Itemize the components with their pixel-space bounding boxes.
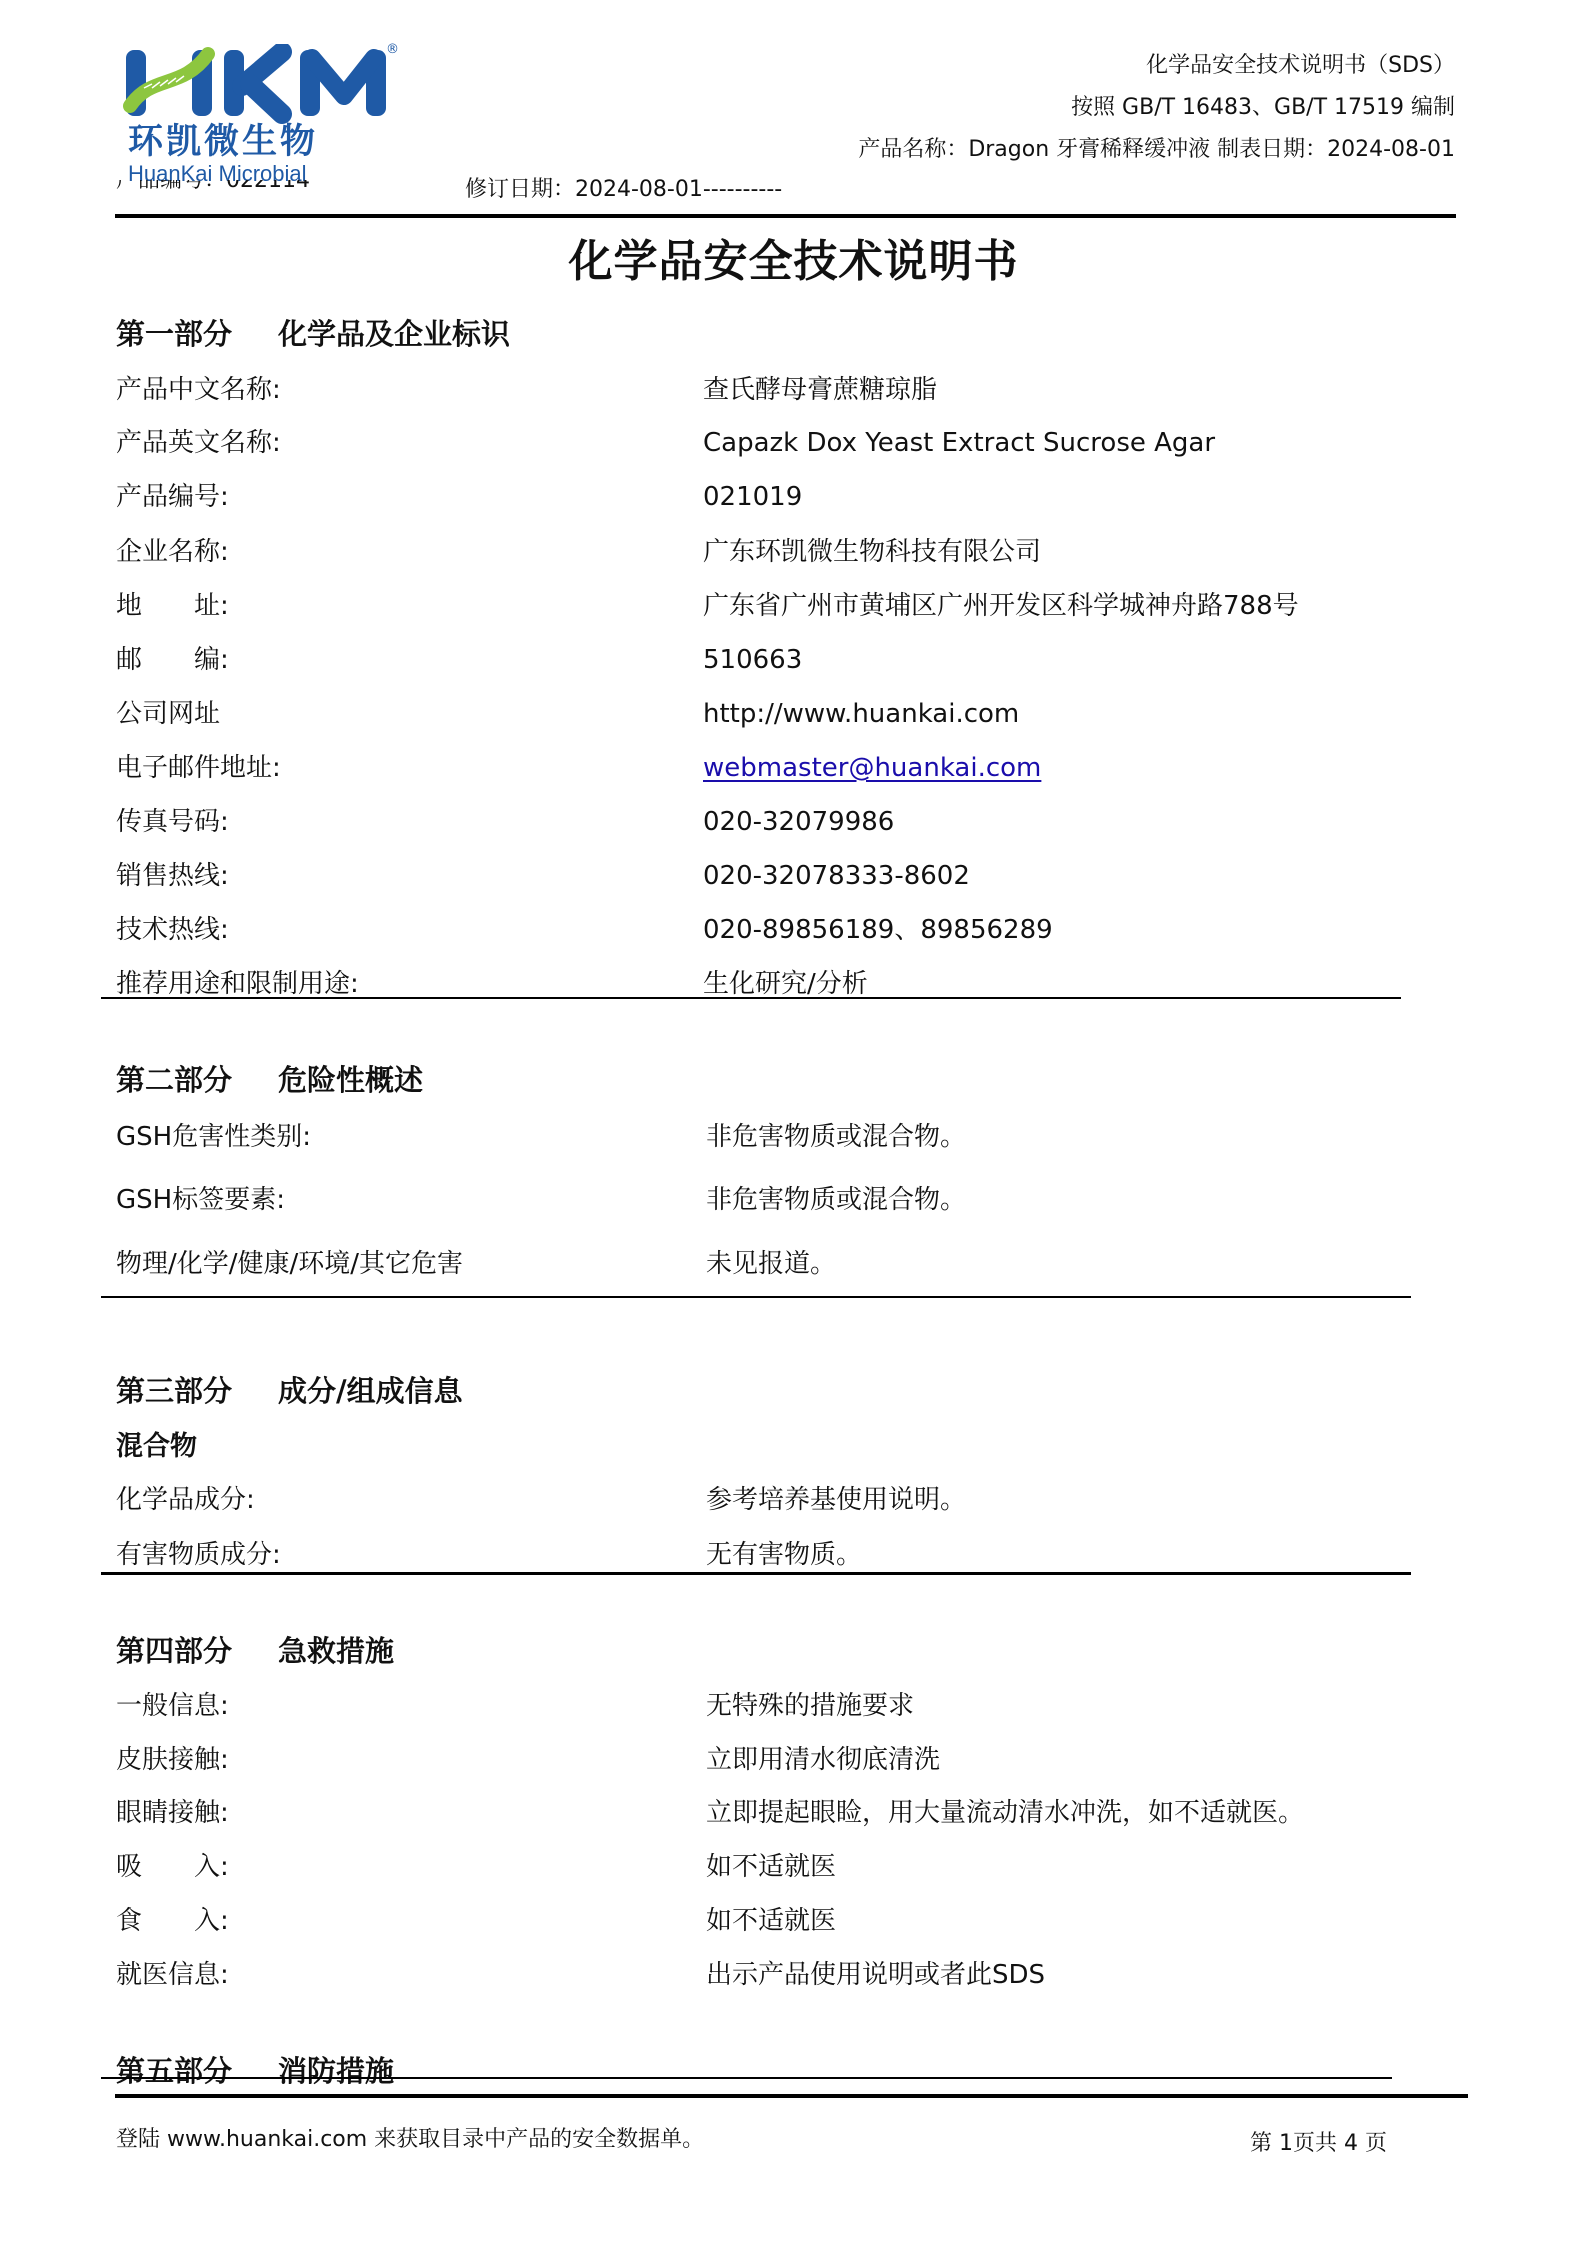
section-3-divider bbox=[101, 1572, 1411, 1575]
footer-note: 登陆 www.huankai.com 来获取目录中产品的安全数据单。 bbox=[116, 2126, 704, 2154]
section-5-heading: 第五部分消防措施 bbox=[116, 2053, 394, 2089]
s1-row-tech-hotline: 技术热线:020-89856189、89856289 bbox=[116, 913, 1416, 947]
s1-row-en-name: 产品英文名称:Capazk Dox Yeast Extract Sucrose … bbox=[116, 426, 1416, 460]
revision-date: 修订日期：2024-08-01---------- bbox=[465, 176, 782, 204]
doc-type: 化学品安全技术说明书（SDS） bbox=[1146, 52, 1455, 80]
s1-row-postcode: 邮 编:510663 bbox=[116, 643, 1416, 677]
s4-row-inhalation: 吸 入:如不适就医 bbox=[116, 1850, 1416, 1884]
s2-row-ghs-label: GSH标签要素:非危害物质或混合物。 bbox=[116, 1183, 1416, 1217]
hkm-logo-icon bbox=[122, 44, 402, 124]
s2-row-ghs-category: GSH危害性类别:非危害物质或混合物。 bbox=[116, 1120, 1416, 1154]
section-4-heading: 第四部分急救措施 bbox=[116, 1633, 394, 1669]
s4-row-medical: 就医信息:出示产品使用说明或者此SDS bbox=[116, 1958, 1416, 1992]
page-title: 化学品安全技术说明书 bbox=[0, 236, 1587, 288]
product-line: 产品名称：Dragon 牙膏稀释缓冲液 制表日期：2024-08-01 bbox=[858, 136, 1455, 164]
s1-row-fax: 传真号码:020-32079986 bbox=[116, 805, 1416, 839]
s2-row-other-hazards: 物理/化学/健康/环境/其它危害未见报道。 bbox=[116, 1247, 1416, 1281]
s1-row-sales-hotline: 销售热线:020-32078333-8602 bbox=[116, 859, 1416, 893]
s4-row-eyes: 眼睛接触:立即提起眼睑，用大量流动清水冲洗，如不适就医。 bbox=[116, 1796, 1416, 1830]
registered-mark: ® bbox=[386, 42, 399, 57]
product-number-clipped: 产品编号：022114 bbox=[116, 180, 310, 200]
section-2-heading: 第二部分危险性概述 bbox=[116, 1062, 423, 1098]
section-3-heading: 第三部分成分/组成信息 bbox=[116, 1373, 463, 1409]
logo-chinese-name: 环凯微生物 bbox=[128, 122, 318, 162]
section-1-heading: 第一部分化学品及企业标识 bbox=[116, 316, 510, 352]
s1-row-usage: 推荐用途和限制用途:生化研究/分析 bbox=[116, 967, 1416, 1001]
standard-line: 按照 GB/T 16483、GB/T 17519 编制 bbox=[1071, 94, 1455, 122]
header-rule bbox=[115, 214, 1456, 218]
section-1-divider bbox=[101, 997, 1401, 999]
website-link[interactable]: http://www.huankai.com bbox=[703, 697, 1019, 731]
s1-row-email: 电子邮件地址:webmaster@huankai.com bbox=[116, 751, 1416, 785]
s4-row-ingestion: 食 入:如不适就医 bbox=[116, 1904, 1416, 1938]
footer-rule bbox=[115, 2094, 1468, 2098]
page-number: 第 1页共 4 页 bbox=[1250, 2130, 1387, 2158]
s4-row-skin: 皮肤接触:立即用清水彻底清洗 bbox=[116, 1743, 1416, 1777]
s4-row-general: 一般信息:无特殊的措施要求 bbox=[116, 1689, 1416, 1723]
s1-row-product-no: 产品编号:021019 bbox=[116, 480, 1416, 514]
section-5-divider bbox=[101, 2077, 1392, 2079]
section-3-subheading: 混合物 bbox=[116, 1430, 197, 1464]
s1-row-cn-name: 产品中文名称:查氏酵母膏蔗糖琼脂 bbox=[116, 373, 1416, 407]
email-link[interactable]: webmaster@huankai.com bbox=[703, 751, 1041, 785]
section-2-divider bbox=[101, 1296, 1411, 1298]
s3-row-hazardous-components: 有害物质成分:无有害物质。 bbox=[116, 1538, 1416, 1572]
s3-row-chem-components: 化学品成分:参考培养基使用说明。 bbox=[116, 1483, 1416, 1517]
s1-row-company: 企业名称:广东环凯微生物科技有限公司 bbox=[116, 535, 1416, 569]
s1-row-website: 公司网址http://www.huankai.com bbox=[116, 697, 1416, 731]
s1-row-address: 地 址:广东省广州市黄埔区广州开发区科学城神舟路788号 bbox=[116, 589, 1416, 623]
